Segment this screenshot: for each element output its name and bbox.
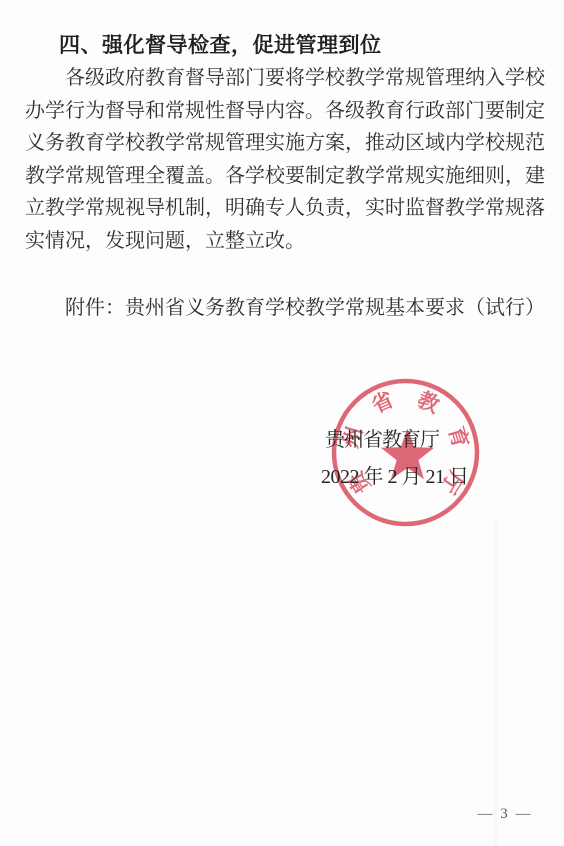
- section-heading: 四、强化督导检查，促进管理到位: [25, 30, 545, 62]
- body-paragraph: 各级政府教育督导部门要将学校教学常规管理纳入学校办学行为督导和常规性督导内容。各…: [25, 62, 545, 258]
- document-page: 四、强化督导检查，促进管理到位 各级政府教育督导部门要将学校教学常规管理纳入学校…: [0, 0, 564, 846]
- document-body: 四、强化督导检查，促进管理到位 各级政府教育督导部门要将学校教学常规管理纳入学校…: [25, 30, 545, 324]
- seal-arc-char: 育: [444, 424, 473, 451]
- page-number: — 3 —: [455, 806, 555, 823]
- seal-arc-char: 省: [368, 387, 397, 418]
- attachment-line: 附件：贵州省义务教育学校教学常规基本要求（试行）: [25, 292, 545, 325]
- signature-issuer: 贵州省教育厅: [325, 423, 439, 452]
- signature-date: 2022 年 2 月 21 日: [321, 460, 469, 489]
- official-seal: 贵州省教育厅: [320, 367, 491, 538]
- scan-artifact-line: [494, 520, 497, 846]
